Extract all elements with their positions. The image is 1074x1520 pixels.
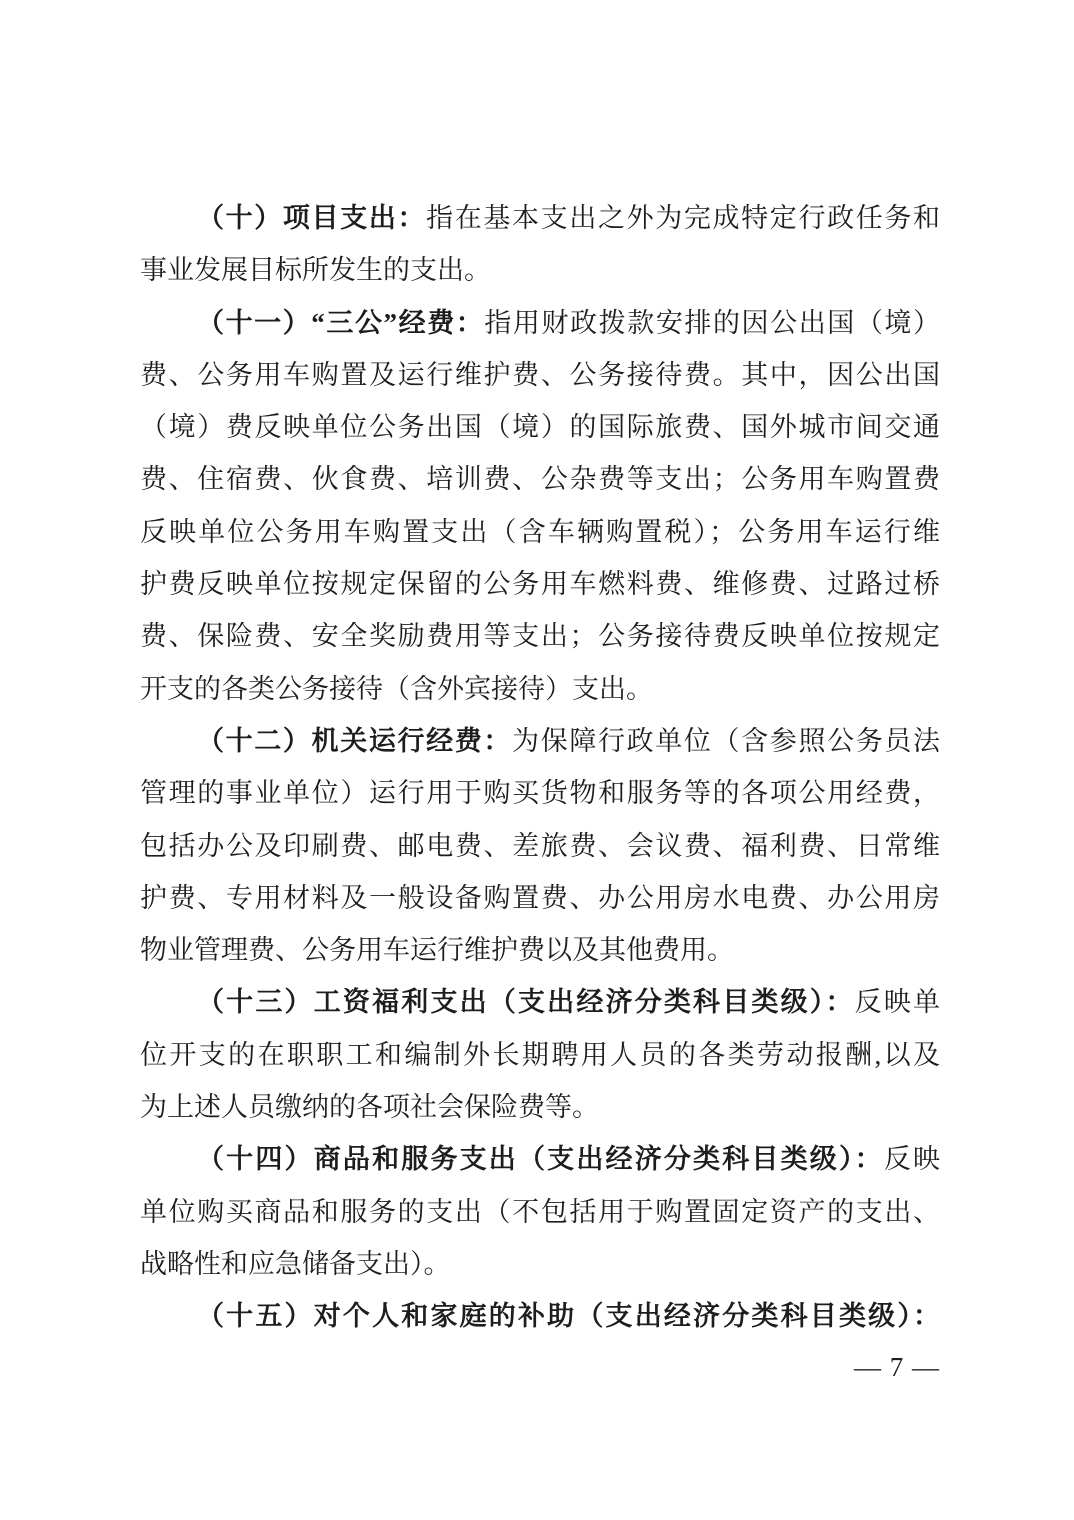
- body-text: 为上述人员缴纳的各项社会保险费等。: [140, 1092, 599, 1122]
- body-text: 护费、专用材料及一般设备购置费、办公用房水电费、办公用房: [140, 883, 940, 913]
- heading-text: （十三）工资福利支出（支出经济分类科目类级）：: [197, 987, 855, 1017]
- body-text: 指在基本支出之外为完成特定行政任务和: [426, 203, 940, 233]
- body-text: 战略性和应急储备支出）。: [140, 1249, 451, 1279]
- text-line-10: 开支的各类公务接待（含外宾接待）支出。: [140, 663, 940, 715]
- heading-text: （十一）“三公”经费：: [197, 308, 484, 338]
- text-line-11: （十二）机关运行经费：为保障行政单位（含参照公务员法: [140, 715, 940, 767]
- text-line-21: 战略性和应急储备支出）。: [140, 1238, 940, 1290]
- heading-text: （十）项目支出：: [197, 203, 426, 233]
- body-text: 位开支的在职职工和编制外长期聘用人员的各类劳动报酬,以及: [140, 1040, 940, 1070]
- body-text: 指用财政拨款安排的因公出国（境）: [484, 308, 940, 338]
- heading-text: （十二）机关运行经费：: [197, 726, 512, 756]
- page-number: — 7 —: [140, 1352, 940, 1383]
- body-text: 反映: [884, 1144, 940, 1174]
- text-block: （十）项目支出：指在基本支出之外为完成特定行政任务和事业发展目标所发生的支出。（…: [140, 192, 940, 1343]
- text-line-14: 护费、专用材料及一般设备购置费、办公用房水电费、办公用房: [140, 872, 940, 924]
- text-line-3: （十一）“三公”经费：指用财政拨款安排的因公出国（境）: [140, 297, 940, 349]
- body-text: 包括办公及印刷费、邮电费、差旅费、会议费、福利费、日常维: [140, 831, 940, 861]
- body-text: 单位购买商品和服务的支出（不包括用于购置固定资产的支出、: [140, 1197, 940, 1227]
- heading-text: （十四）商品和服务支出（支出经济分类科目类级）：: [197, 1144, 884, 1174]
- heading-text: （十五）对个人和家庭的补助（支出经济分类科目类级）：: [197, 1301, 940, 1331]
- text-line-9: 费、保险费、安全奖励费用等支出；公务接待费反映单位按规定: [140, 610, 940, 662]
- text-line-13: 包括办公及印刷费、邮电费、差旅费、会议费、福利费、日常维: [140, 820, 940, 872]
- text-line-22: （十五）对个人和家庭的补助（支出经济分类科目类级）：: [140, 1290, 940, 1342]
- body-text: 事业发展目标所发生的支出。: [140, 255, 491, 285]
- body-text: 物业管理费、公务用车运行维护费以及其他费用。: [140, 935, 734, 965]
- text-line-5: （境）费反映单位公务出国（境）的国际旅费、国外城市间交通: [140, 401, 940, 453]
- body-text: 反映单: [855, 987, 940, 1017]
- body-text: 管理的事业单位）运行用于购买货物和服务等的各项公用经费，: [140, 778, 940, 808]
- body-text: 为保障行政单位（含参照公务员法: [512, 726, 940, 756]
- body-text: （境）费反映单位公务出国（境）的国际旅费、国外城市间交通: [140, 412, 940, 442]
- document-page: （十）项目支出：指在基本支出之外为完成特定行政任务和事业发展目标所发生的支出。（…: [0, 0, 1074, 1520]
- body-text: 开支的各类公务接待（含外宾接待）支出。: [140, 674, 653, 704]
- text-line-2: 事业发展目标所发生的支出。: [140, 244, 940, 296]
- body-text: 费、公务用车购置及运行维护费、公务接待费。其中，因公出国: [140, 360, 940, 390]
- text-line-18: 为上述人员缴纳的各项社会保险费等。: [140, 1081, 940, 1133]
- body-text: 费、住宿费、伙食费、培训费、公杂费等支出；公务用车购置费: [140, 464, 940, 494]
- body-text: 费、保险费、安全奖励费用等支出；公务接待费反映单位按规定: [140, 621, 940, 651]
- body-text: 护费反映单位按规定保留的公务用车燃料费、维修费、过路过桥: [140, 569, 940, 599]
- text-line-17: 位开支的在职职工和编制外长期聘用人员的各类劳动报酬,以及: [140, 1029, 940, 1081]
- text-line-15: 物业管理费、公务用车运行维护费以及其他费用。: [140, 924, 940, 976]
- body-text: 反映单位公务用车购置支出（含车辆购置税）；公务用车运行维: [140, 517, 940, 547]
- text-line-7: 反映单位公务用车购置支出（含车辆购置税）；公务用车运行维: [140, 506, 940, 558]
- text-line-8: 护费反映单位按规定保留的公务用车燃料费、维修费、过路过桥: [140, 558, 940, 610]
- text-line-16: （十三）工资福利支出（支出经济分类科目类级）：反映单: [140, 976, 940, 1028]
- text-line-20: 单位购买商品和服务的支出（不包括用于购置固定资产的支出、: [140, 1186, 940, 1238]
- text-line-4: 费、公务用车购置及运行维护费、公务接待费。其中，因公出国: [140, 349, 940, 401]
- text-line-19: （十四）商品和服务支出（支出经济分类科目类级）：反映: [140, 1133, 940, 1185]
- text-line-6: 费、住宿费、伙食费、培训费、公杂费等支出；公务用车购置费: [140, 453, 940, 505]
- text-line-1: （十）项目支出：指在基本支出之外为完成特定行政任务和: [140, 192, 940, 244]
- text-line-12: 管理的事业单位）运行用于购买货物和服务等的各项公用经费，: [140, 767, 940, 819]
